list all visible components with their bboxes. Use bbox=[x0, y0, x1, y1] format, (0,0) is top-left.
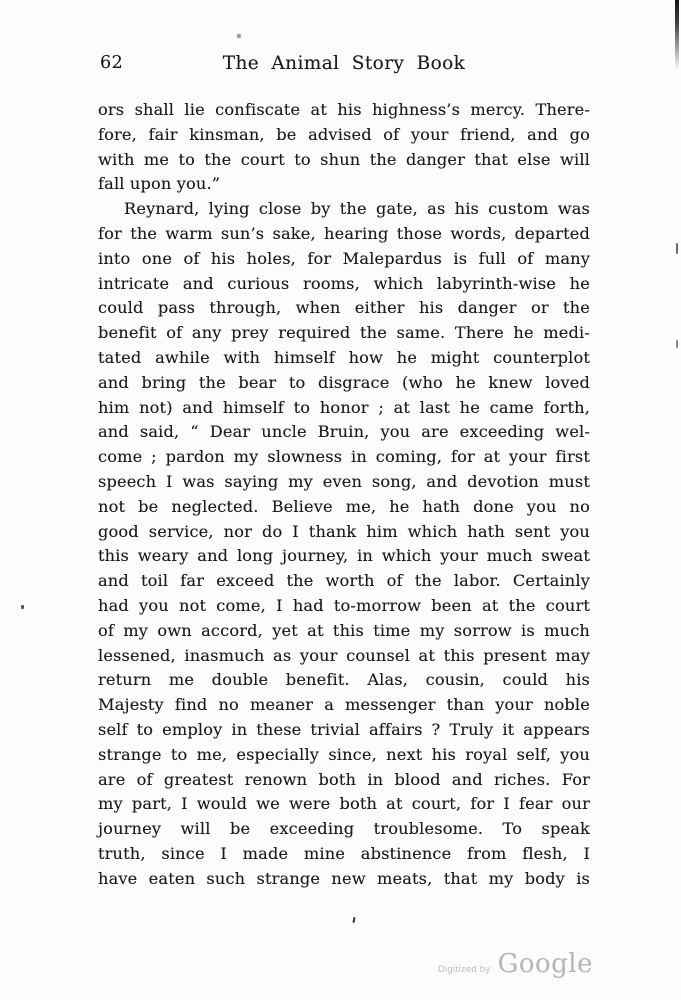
text-line: return me double benefit. Alas, cousin, … bbox=[98, 668, 590, 693]
text-line: good service, nor do I thank him which h… bbox=[98, 520, 590, 545]
text-line: had you not come, I had to-morrow been a… bbox=[98, 594, 590, 619]
google-logo: Google bbox=[498, 949, 593, 979]
running-title: The Animal Story Book bbox=[98, 53, 590, 74]
scan-artifact-edge-tick bbox=[676, 340, 678, 348]
page-body-text: ors shall lie confiscate at his highness… bbox=[98, 98, 590, 892]
text-line: and bring the bear to disgrace (who he k… bbox=[98, 371, 590, 396]
text-line: for the warm sun’s sake, hearing those w… bbox=[98, 222, 590, 247]
text-line: truth, since I made mine abstinence from… bbox=[98, 842, 590, 867]
text-line: are of greatest renown both in blood and… bbox=[98, 768, 590, 793]
book-page-scan: 62 The Animal Story Book ors shall lie c… bbox=[0, 0, 681, 1000]
text-line: and toil far exceed the worth of the lab… bbox=[98, 569, 590, 594]
text-line: journey will be exceeding troublesome. T… bbox=[98, 817, 590, 842]
text-line: not be neglected. Believe me, he hath do… bbox=[98, 495, 590, 520]
text-line: self to employ in these trivial affairs … bbox=[98, 718, 590, 743]
running-header: 62 The Animal Story Book bbox=[98, 53, 590, 79]
text-line: of my own accord, yet at this time my so… bbox=[98, 619, 590, 644]
text-line: have eaten such strange new meats, that … bbox=[98, 867, 590, 892]
text-line: with me to the court to shun the danger … bbox=[98, 148, 590, 173]
text-line: him not) and himself to honor ; at last … bbox=[98, 396, 590, 421]
text-line: Reynard, lying close by the gate, as his… bbox=[98, 197, 590, 222]
text-line: and said, “ Dear uncle Bruin, you are ex… bbox=[98, 420, 590, 445]
text-line: Majesty find no meaner a messenger than … bbox=[98, 693, 590, 718]
text-line: fall upon you.” bbox=[98, 172, 590, 197]
scan-artifact-edge-tick bbox=[676, 243, 678, 254]
scan-artifact-speck bbox=[21, 605, 24, 609]
text-line: lessened, inasmuch as your counsel at th… bbox=[98, 644, 590, 669]
digitized-by-watermark: Digitized by Google bbox=[438, 949, 593, 979]
text-line: tated awhile with himself how he might c… bbox=[98, 346, 590, 371]
text-line: my part, I would we were both at court, … bbox=[98, 792, 590, 817]
text-line: fore, fair kinsman, be advised of your f… bbox=[98, 123, 590, 148]
scan-artifact-dot bbox=[237, 34, 241, 38]
scan-artifact-edge-sliver bbox=[675, 0, 679, 70]
text-line: could pass through, when either his dang… bbox=[98, 296, 590, 321]
digitized-by-label: Digitized by bbox=[438, 964, 491, 975]
scan-artifact-mark bbox=[352, 917, 355, 923]
text-line: into one of his holes, for Malepardus is… bbox=[98, 247, 590, 272]
text-line: speech I was saying my even song, and de… bbox=[98, 470, 590, 495]
text-line: this weary and long journey, in which yo… bbox=[98, 544, 590, 569]
text-line: ors shall lie confiscate at his highness… bbox=[98, 98, 590, 123]
text-line: benefit of any prey required the same. T… bbox=[98, 321, 590, 346]
text-line: intricate and curious rooms, which labyr… bbox=[98, 272, 590, 297]
text-line: strange to me, especially since, next hi… bbox=[98, 743, 590, 768]
text-line: come ; pardon my slowness in coming, for… bbox=[98, 445, 590, 470]
